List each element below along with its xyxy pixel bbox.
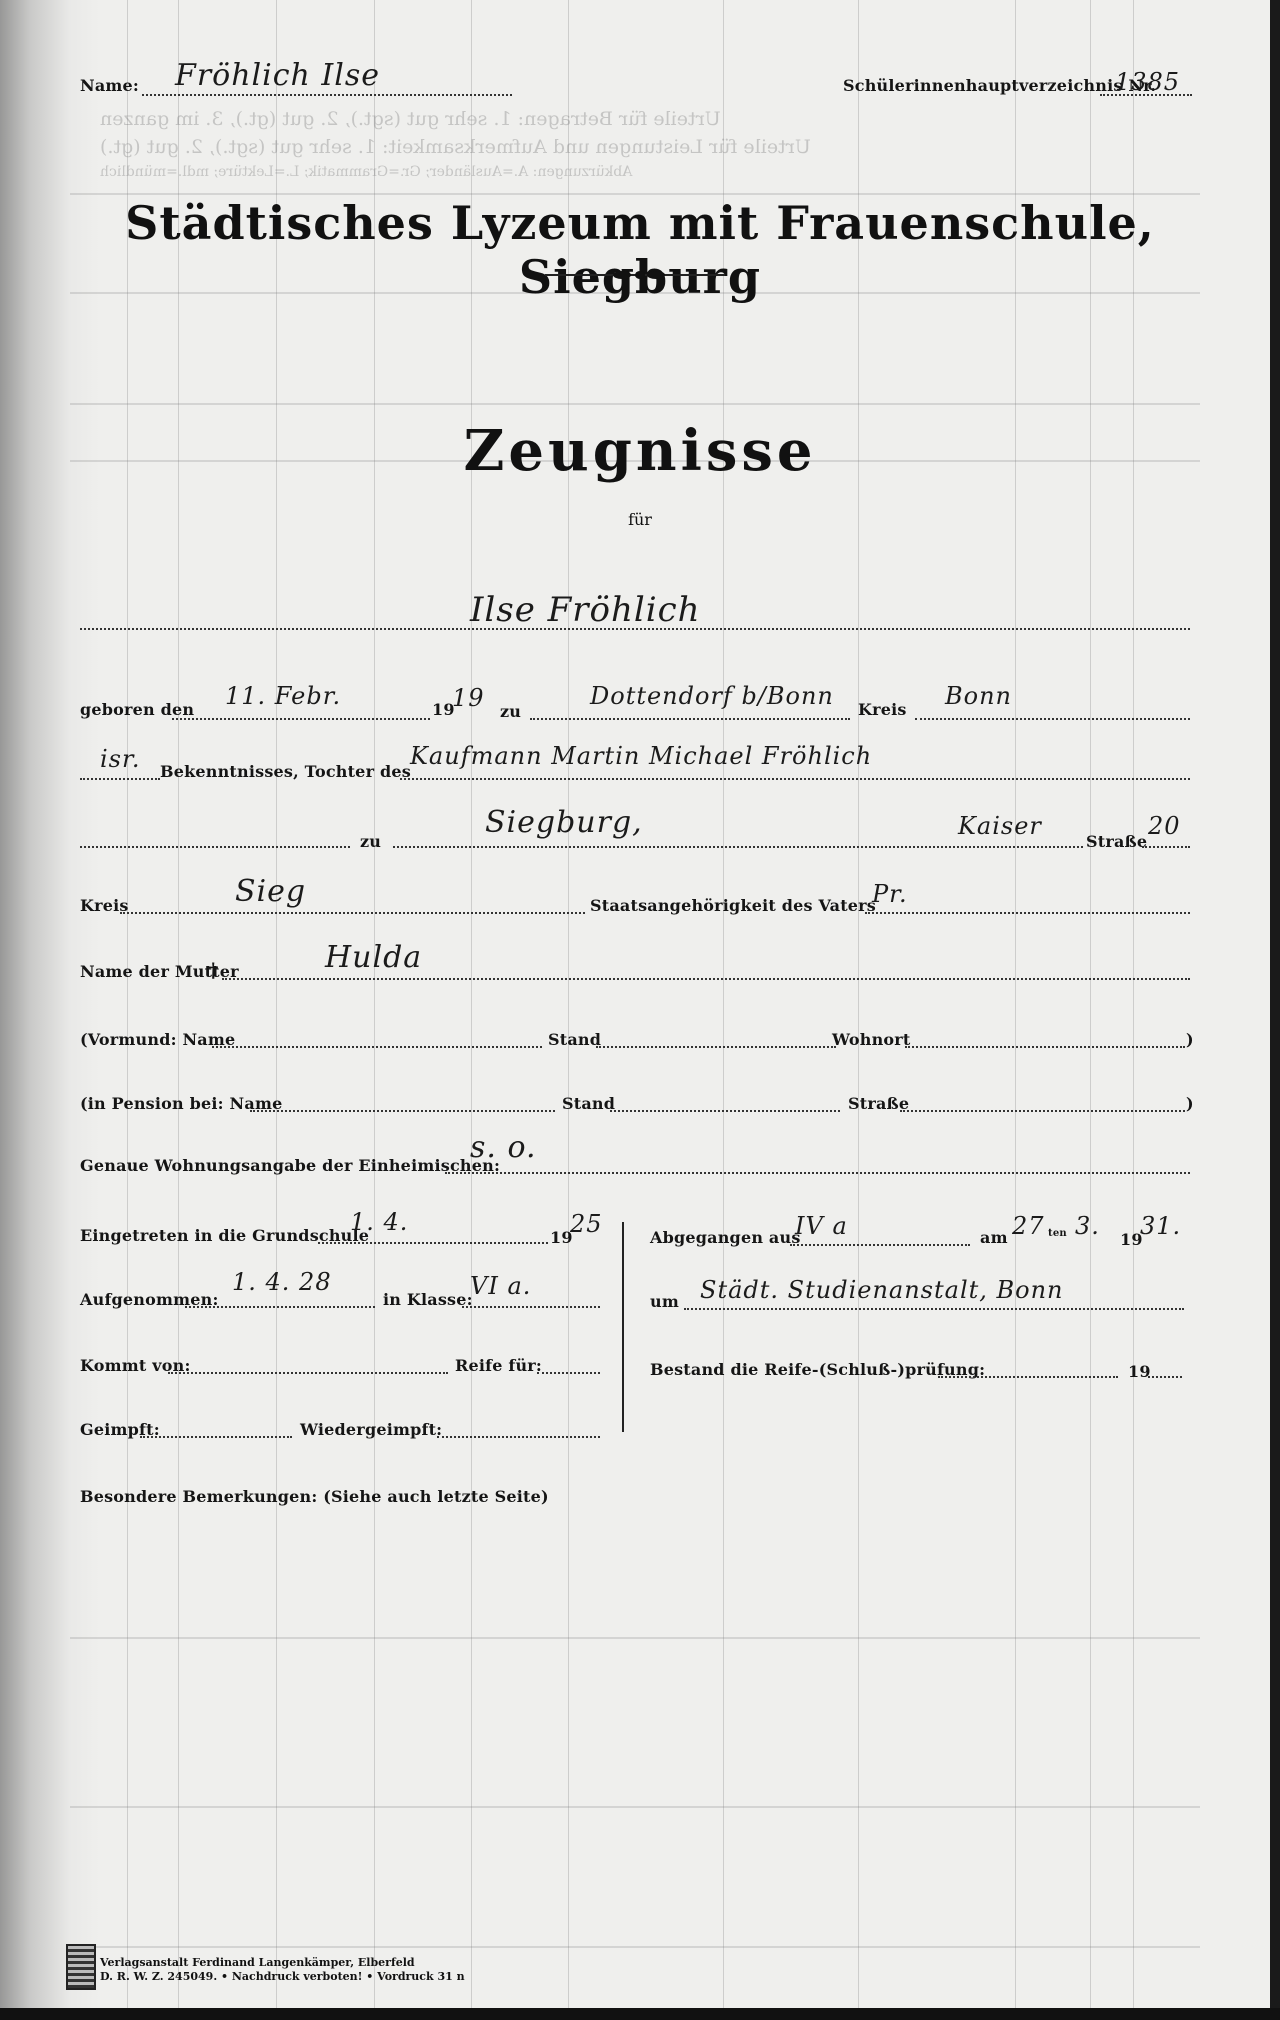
to-value: Städt. Studienanstalt, Bonn xyxy=(700,1276,1064,1304)
exam-year-prefix: 19 xyxy=(1128,1362,1151,1381)
scan-border xyxy=(0,2008,1280,2020)
born-kreis-field[interactable] xyxy=(915,718,1190,720)
entered-date: 1. 4. xyxy=(350,1208,408,1236)
confession-label: Bekenntnisses, Tochter des xyxy=(160,762,411,781)
born-place: Dottendorf b/Bonn xyxy=(590,682,834,710)
pension-street-field[interactable] xyxy=(900,1110,1185,1112)
left-year: 31. xyxy=(1140,1212,1181,1240)
kreis-field[interactable] xyxy=(120,912,585,914)
ghost-text: Urteile für Leistungen und Aufmerksamkei… xyxy=(100,136,811,158)
exam-field[interactable] xyxy=(938,1376,1118,1378)
residence-field[interactable] xyxy=(393,846,1083,848)
name-label: Name: xyxy=(80,76,139,95)
school-title: Städtisches Lyzeum mit Frauenschule, Sie… xyxy=(0,196,1270,304)
house-number-field[interactable] xyxy=(1142,846,1190,848)
name-field[interactable] xyxy=(142,94,512,96)
exam-year-field[interactable] xyxy=(1148,1376,1182,1378)
guardian-residence-label: Wohnort xyxy=(832,1030,911,1049)
born-place-field[interactable] xyxy=(530,718,850,720)
to-label: um xyxy=(650,1292,679,1311)
left-day-suffix: ten xyxy=(1048,1228,1067,1239)
residence-city: Siegburg, xyxy=(485,805,643,840)
left-label: Abgegangen aus xyxy=(650,1228,801,1247)
close-paren: ) xyxy=(1186,1094,1194,1113)
guardian-stand-label: Stand xyxy=(548,1030,601,1049)
guardian-name-field[interactable] xyxy=(212,1046,542,1048)
name-value: Fröhlich Ilse xyxy=(175,58,380,93)
maturity-for-label: Reife für: xyxy=(455,1356,542,1375)
publisher-imprint-line: D. R. W. Z. 245049. • Nachdruck verboten… xyxy=(100,1970,465,1983)
address-field[interactable] xyxy=(445,1172,1190,1174)
house-number: 20 xyxy=(1148,812,1181,840)
father-value: Kaufmann Martin Michael Fröhlich xyxy=(410,742,872,770)
left-day: 27 xyxy=(1012,1212,1045,1240)
entered-year: 25 xyxy=(570,1210,603,1238)
father-field[interactable] xyxy=(400,778,1190,780)
pension-stand-field[interactable] xyxy=(610,1110,840,1112)
entered-date-field[interactable] xyxy=(318,1242,548,1244)
to-field[interactable] xyxy=(684,1308,1184,1310)
residence-at-label: zu xyxy=(360,832,381,851)
born-date-field[interactable] xyxy=(172,718,430,720)
admitted-date-field[interactable] xyxy=(185,1306,375,1308)
born-kreis: Bonn xyxy=(945,682,1012,710)
register-label: Schülerinnenhauptverzeichnis Nr. xyxy=(843,76,1156,95)
left-class-field[interactable] xyxy=(790,1244,970,1246)
remarks-label: Besondere Bemerkungen: (Siehe auch letzt… xyxy=(80,1487,549,1506)
exam-label: Bestand die Reife-(Schluß-)prüfung: xyxy=(650,1360,985,1379)
street-value: Kaiser xyxy=(958,812,1042,840)
born-kreis-label: Kreis xyxy=(858,700,907,719)
address-value: s. o. xyxy=(470,1130,537,1165)
certificate-page: Urteile für Betragen: 1. sehr gut (sgt.)… xyxy=(0,0,1270,2008)
kreis-value: Sieg xyxy=(235,874,306,909)
grid-line xyxy=(70,403,1200,405)
revaccinated-field[interactable] xyxy=(437,1436,600,1438)
grid-line xyxy=(70,1637,1200,1639)
vaccinated-field[interactable] xyxy=(140,1436,292,1438)
certificate-heading: Zeugnisse xyxy=(0,418,1270,484)
confession-field[interactable] xyxy=(80,778,160,780)
left-on-label: am xyxy=(980,1228,1008,1247)
citizenship-field[interactable] xyxy=(865,912,1190,914)
grid-line xyxy=(70,1946,1200,1948)
guardian-residence-field[interactable] xyxy=(905,1046,1185,1048)
mother-field[interactable] xyxy=(222,978,1190,980)
mother-deceased-mark: † xyxy=(208,958,219,982)
left-month: 3. xyxy=(1075,1212,1100,1240)
comes-from-field[interactable] xyxy=(168,1372,448,1374)
maturity-for-field[interactable] xyxy=(537,1372,600,1374)
grid-line xyxy=(70,1806,1200,1808)
revaccinated-label: Wiedergeimpft: xyxy=(300,1420,442,1439)
born-date: 11. Febr. xyxy=(225,682,341,710)
ghost-text: Urteile für Betragen: 1. sehr gut (sgt.)… xyxy=(100,108,721,130)
address-label: Genaue Wohnungsangabe der Einheimischen: xyxy=(80,1156,500,1175)
residence-prefix-field[interactable] xyxy=(80,846,350,848)
publisher-name: Verlagsanstalt Ferdinand Langenkämper, E… xyxy=(100,1956,415,1969)
pension-name-field[interactable] xyxy=(250,1110,555,1112)
class-value: VI a. xyxy=(470,1272,531,1300)
register-number: 1385 xyxy=(1115,68,1180,96)
citizenship-value: Pr. xyxy=(872,880,908,908)
class-field[interactable] xyxy=(462,1306,600,1308)
admitted-date: 1. 4. 28 xyxy=(232,1268,332,1296)
column-divider xyxy=(622,1222,624,1432)
ghost-text: Abkürzungen: A.=Ausländer; Gr.=Grammatik… xyxy=(100,164,632,180)
for-label: für xyxy=(0,510,1270,529)
class-label: in Klasse: xyxy=(383,1290,473,1309)
mother-value: Hulda xyxy=(325,940,422,975)
close-paren: ) xyxy=(1186,1030,1194,1049)
grid-line xyxy=(70,193,1200,195)
born-at-label: zu xyxy=(500,702,521,721)
confession-value: isr. xyxy=(100,745,140,773)
ornament-divider xyxy=(545,270,725,280)
street-label: Straße xyxy=(1086,832,1147,851)
publisher-logo-icon xyxy=(66,1944,96,1990)
born-year: 19 xyxy=(452,684,485,712)
born-label: geboren den xyxy=(80,700,194,719)
guardian-stand-field[interactable] xyxy=(596,1046,836,1048)
citizenship-label: Staatsangehörigkeit des Vaters xyxy=(590,896,876,915)
left-class: IV a xyxy=(795,1212,848,1240)
pension-stand-label: Stand xyxy=(562,1094,615,1113)
student-name: Ilse Fröhlich xyxy=(470,590,701,630)
